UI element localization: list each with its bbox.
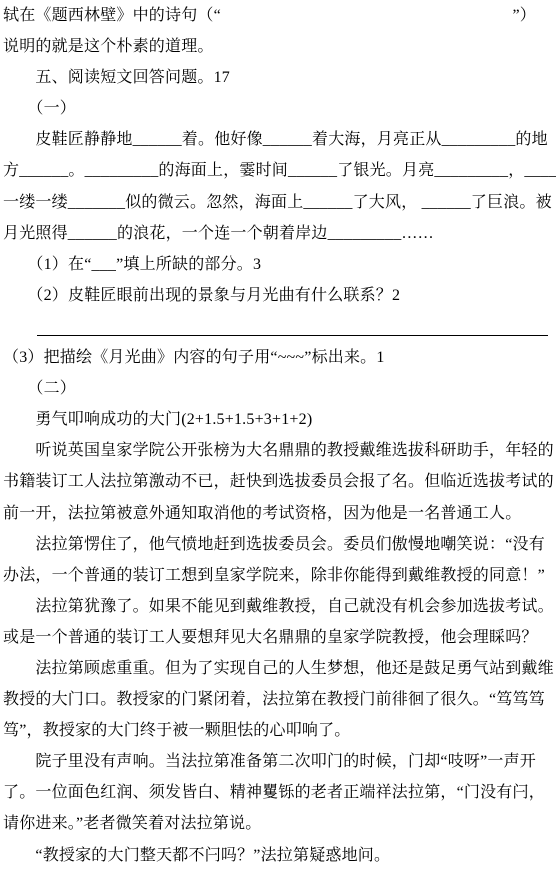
passage-one-heading: （一） [3, 93, 556, 124]
passage-two-line-13: 请你进来。”老者微笑着对法拉第说。 [3, 808, 556, 839]
passage-two-line-10: 笃”，教授家的大门终于被一颗胆怯的心叩响了。 [3, 715, 556, 746]
answer-line-slot [3, 311, 556, 342]
text-line-poem-quote: 轼在《题西林壁》中的诗句（“ ”） [3, 0, 556, 31]
passage-one-line-1: 皮鞋匠静静地______着。他好像______着大海，月亮正从_________… [3, 124, 556, 155]
passage-two-line-3: 前一开，法拉第被意外通知取消他的考试资格，因为他是一名普通工人。 [3, 498, 556, 529]
passage-two-line-12: 了。一位面色红润、须发皆白、精神矍铄的老者正端祥法拉第，“门没有闩， [3, 777, 556, 808]
passage-two-line-8: 法拉第顾虑重重。但为了实现自己的人生梦想，他还是鼓足勇气站到戴维 [3, 653, 556, 684]
question-2: （2）皮鞋匠眼前出现的景象与月光曲有什么联系？2 [3, 280, 556, 311]
passage-one-line-3: 一缕一缕_______似的微云。忽然，海面上______了大风， ______了… [3, 187, 556, 218]
passage-one-line-2: 方______。_________的海面上，霎时间______了银光。月亮___… [3, 155, 556, 186]
passage-two-line-6: 法拉第犹豫了。如果不能见到戴维教授，自己就没有机会参加选拔考试。 [3, 591, 556, 622]
passage-two-line-2: 书籍装订工人法拉第激动不已，赶快到选拔委员会报了名。但临近选拔考试的 [3, 466, 556, 497]
question-1: （1）在“___”填上所缺的部分。3 [3, 249, 556, 280]
document-page: 轼在《题西林壁》中的诗句（“ ”） 说明的就是这个朴素的道理。 五、阅读短文回答… [0, 0, 560, 871]
passage-two-line-5: 办法，一个普通的装订工想到皇家学院来，除非你能得到戴维教授的同意！” [3, 560, 556, 591]
passage-two-line-14: “教授家的大门整天都不闩吗？”法拉第疑惑地问。 [3, 840, 556, 871]
passage-two-line-1: 听说英国皇家学院公开张榜为大名鼎鼎的教授戴维选拔科研助手，年轻的 [3, 435, 556, 466]
passage-two-line-11: 院子里没有声响。当法拉第准备第二次叩门的时候，门却“吱呀”一声开 [3, 746, 556, 777]
passage-two-heading: （二） [3, 373, 556, 404]
question-3: （3）把描绘《月光曲》内容的句子用“~~~”标出来。1 [3, 342, 556, 373]
passage-two-line-7: 或是一个普通的装订工人要想拜见大名鼎鼎的皇家学院教授，他会理睬吗？ [3, 622, 556, 653]
text-line-poem-quote-cont: 说明的就是这个朴素的道理。 [3, 31, 556, 62]
passage-two-title: 勇气叩响成功的大门(2+1.5+1.5+3+1+2) [3, 404, 556, 435]
answer-blank-line [37, 335, 548, 336]
passage-two-line-9: 教授的大门口。教授家的门紧闭着，法拉第在教授门前徘徊了很久。“笃笃笃 [3, 684, 556, 715]
passage-one-line-4: 月光照得______的浪花，一个连一个朝着岸边_________…… [3, 218, 556, 249]
passage-two-line-4: 法拉第愣住了，他气愤地赶到选拔委员会。委员们傲慢地嘲笑说：“没有 [3, 529, 556, 560]
section-heading-five: 五、阅读短文回答问题。17 [3, 62, 556, 93]
